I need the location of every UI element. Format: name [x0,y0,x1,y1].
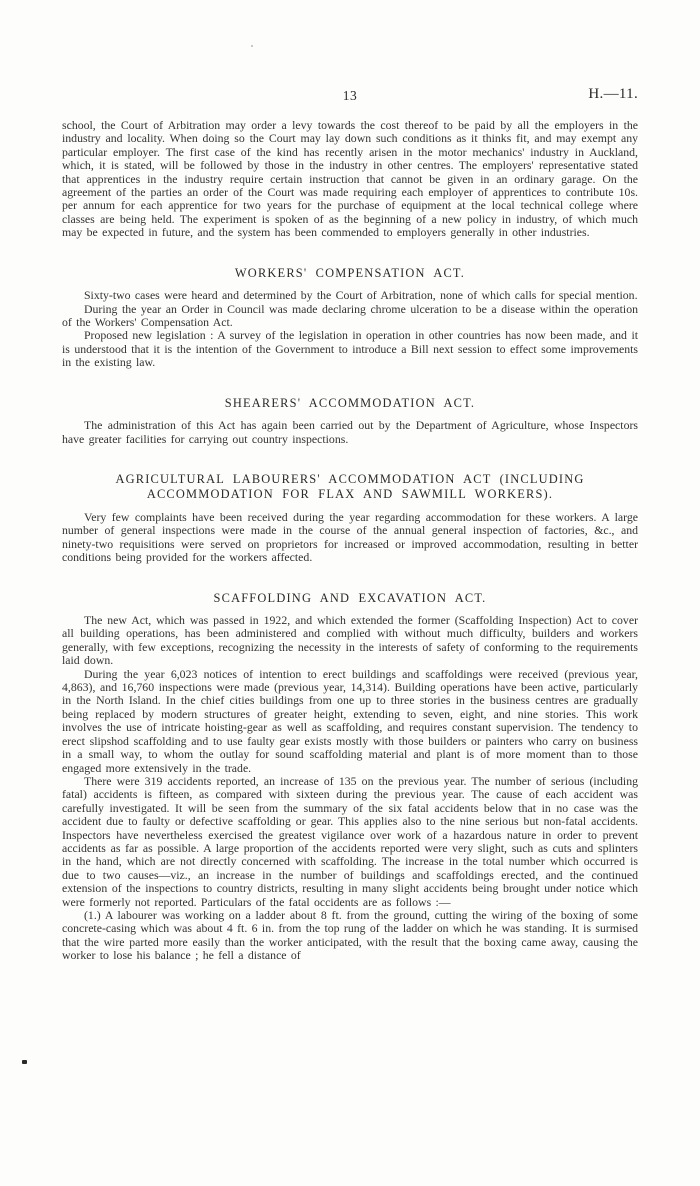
page-body: school, the Court of Arbitration may ord… [62,119,638,963]
section-workers-compensation-act: WORKERS' COMPENSATION ACT. Sixty-two cas… [62,266,638,370]
section-heading: AGRICULTURAL LABOURERS' ACCOMMODATION AC… [62,472,638,503]
paragraph: During the year an Order in Council was … [62,303,638,330]
doc-reference: H.—11. [588,86,638,103]
paragraph: During the year 6,023 notices of intenti… [62,668,638,775]
paragraph: (1.) A labourer was working on a ladder … [62,909,638,963]
paragraph: There were 319 accidents reported, an in… [62,775,638,909]
paragraph: The administration of this Act has again… [62,419,638,446]
section-scaffolding-and-excavation-act: SCAFFOLDING AND EXCAVATION ACT. The new … [62,591,638,963]
page-content: 13 H.—11. school, the Court of Arbitrati… [62,88,638,963]
ink-speck [22,1060,27,1064]
paragraph: Sixty-two cases were heard and determine… [62,289,638,302]
section-shearers-accommodation-act: SHEARERS' ACCOMMODATION ACT. The adminis… [62,396,638,446]
section-heading: WORKERS' COMPENSATION ACT. [62,266,638,282]
section-heading: SCAFFOLDING AND EXCAVATION ACT. [62,591,638,607]
paragraph: Proposed new legislation : A survey of t… [62,329,638,369]
paragraph: The new Act, which was passed in 1922, a… [62,614,638,668]
continuation-paragraph: school, the Court of Arbitration may ord… [62,119,638,240]
document-page: 13 H.—11. school, the Court of Arbitrati… [0,0,700,1186]
paragraph: Very few complaints have been received d… [62,511,638,565]
page-header: 13 H.—11. [62,88,638,104]
section-heading: SHEARERS' ACCOMMODATION ACT. [62,396,638,412]
page-number: 13 [62,88,638,104]
section-agricultural-labourers-accommodation-act: AGRICULTURAL LABOURERS' ACCOMMODATION AC… [62,472,638,565]
scan-dot [251,45,253,47]
